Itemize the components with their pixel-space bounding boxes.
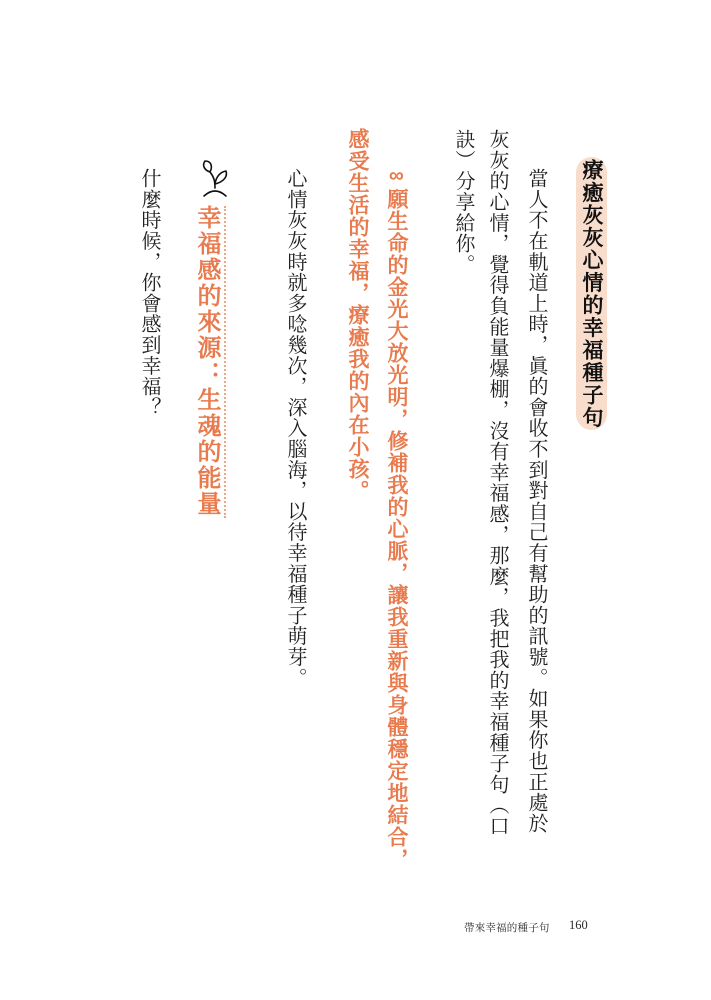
question-line: 什麼時候，你會感到幸福？ <box>139 168 159 418</box>
intro-line-1: 當人不在軌道上時，眞的會收不到對自己有幫助的訊號。如果你也正處於 <box>526 168 546 834</box>
intro-line-3: 訣）分享給你。 <box>453 129 473 275</box>
chapter-heading-text: 療癒灰灰心情的幸福種子句 <box>581 159 602 429</box>
seed-quote-line-1: ∞願生命的金光大放光明，修補我的心脈，讓我重新與身體穩定地結合， <box>386 164 407 870</box>
running-title: 帶來幸福的種子句 <box>464 920 550 935</box>
book-page: 療癒灰灰心情的幸福種子句 當人不在軌道上時，眞的會收不到對自己有幫助的訊號。如果… <box>0 0 711 1000</box>
section-title: 幸福感的來源：生魂的能量 <box>194 205 218 517</box>
intro-line-2: 灰灰的心情，覺得負能量爆棚，沒有幸福感，那麼，我把我的幸福種子句（口 <box>487 129 507 836</box>
chapter-heading-pill: 療癒灰灰心情的幸福種子句 <box>576 157 607 430</box>
advice-line: 心情灰灰時就多唸幾次，深入腦海，以待幸福種子萌芽。 <box>285 168 305 688</box>
page-number: 160 <box>569 918 588 933</box>
seed-quote-line-2: 感受生活的幸福，療癒我的內在小孩。 <box>347 128 368 502</box>
page-footer: 帶來幸福的種子句 160 <box>0 916 711 940</box>
sprout-icon <box>200 159 230 199</box>
section-dotted-rule <box>224 206 226 518</box>
